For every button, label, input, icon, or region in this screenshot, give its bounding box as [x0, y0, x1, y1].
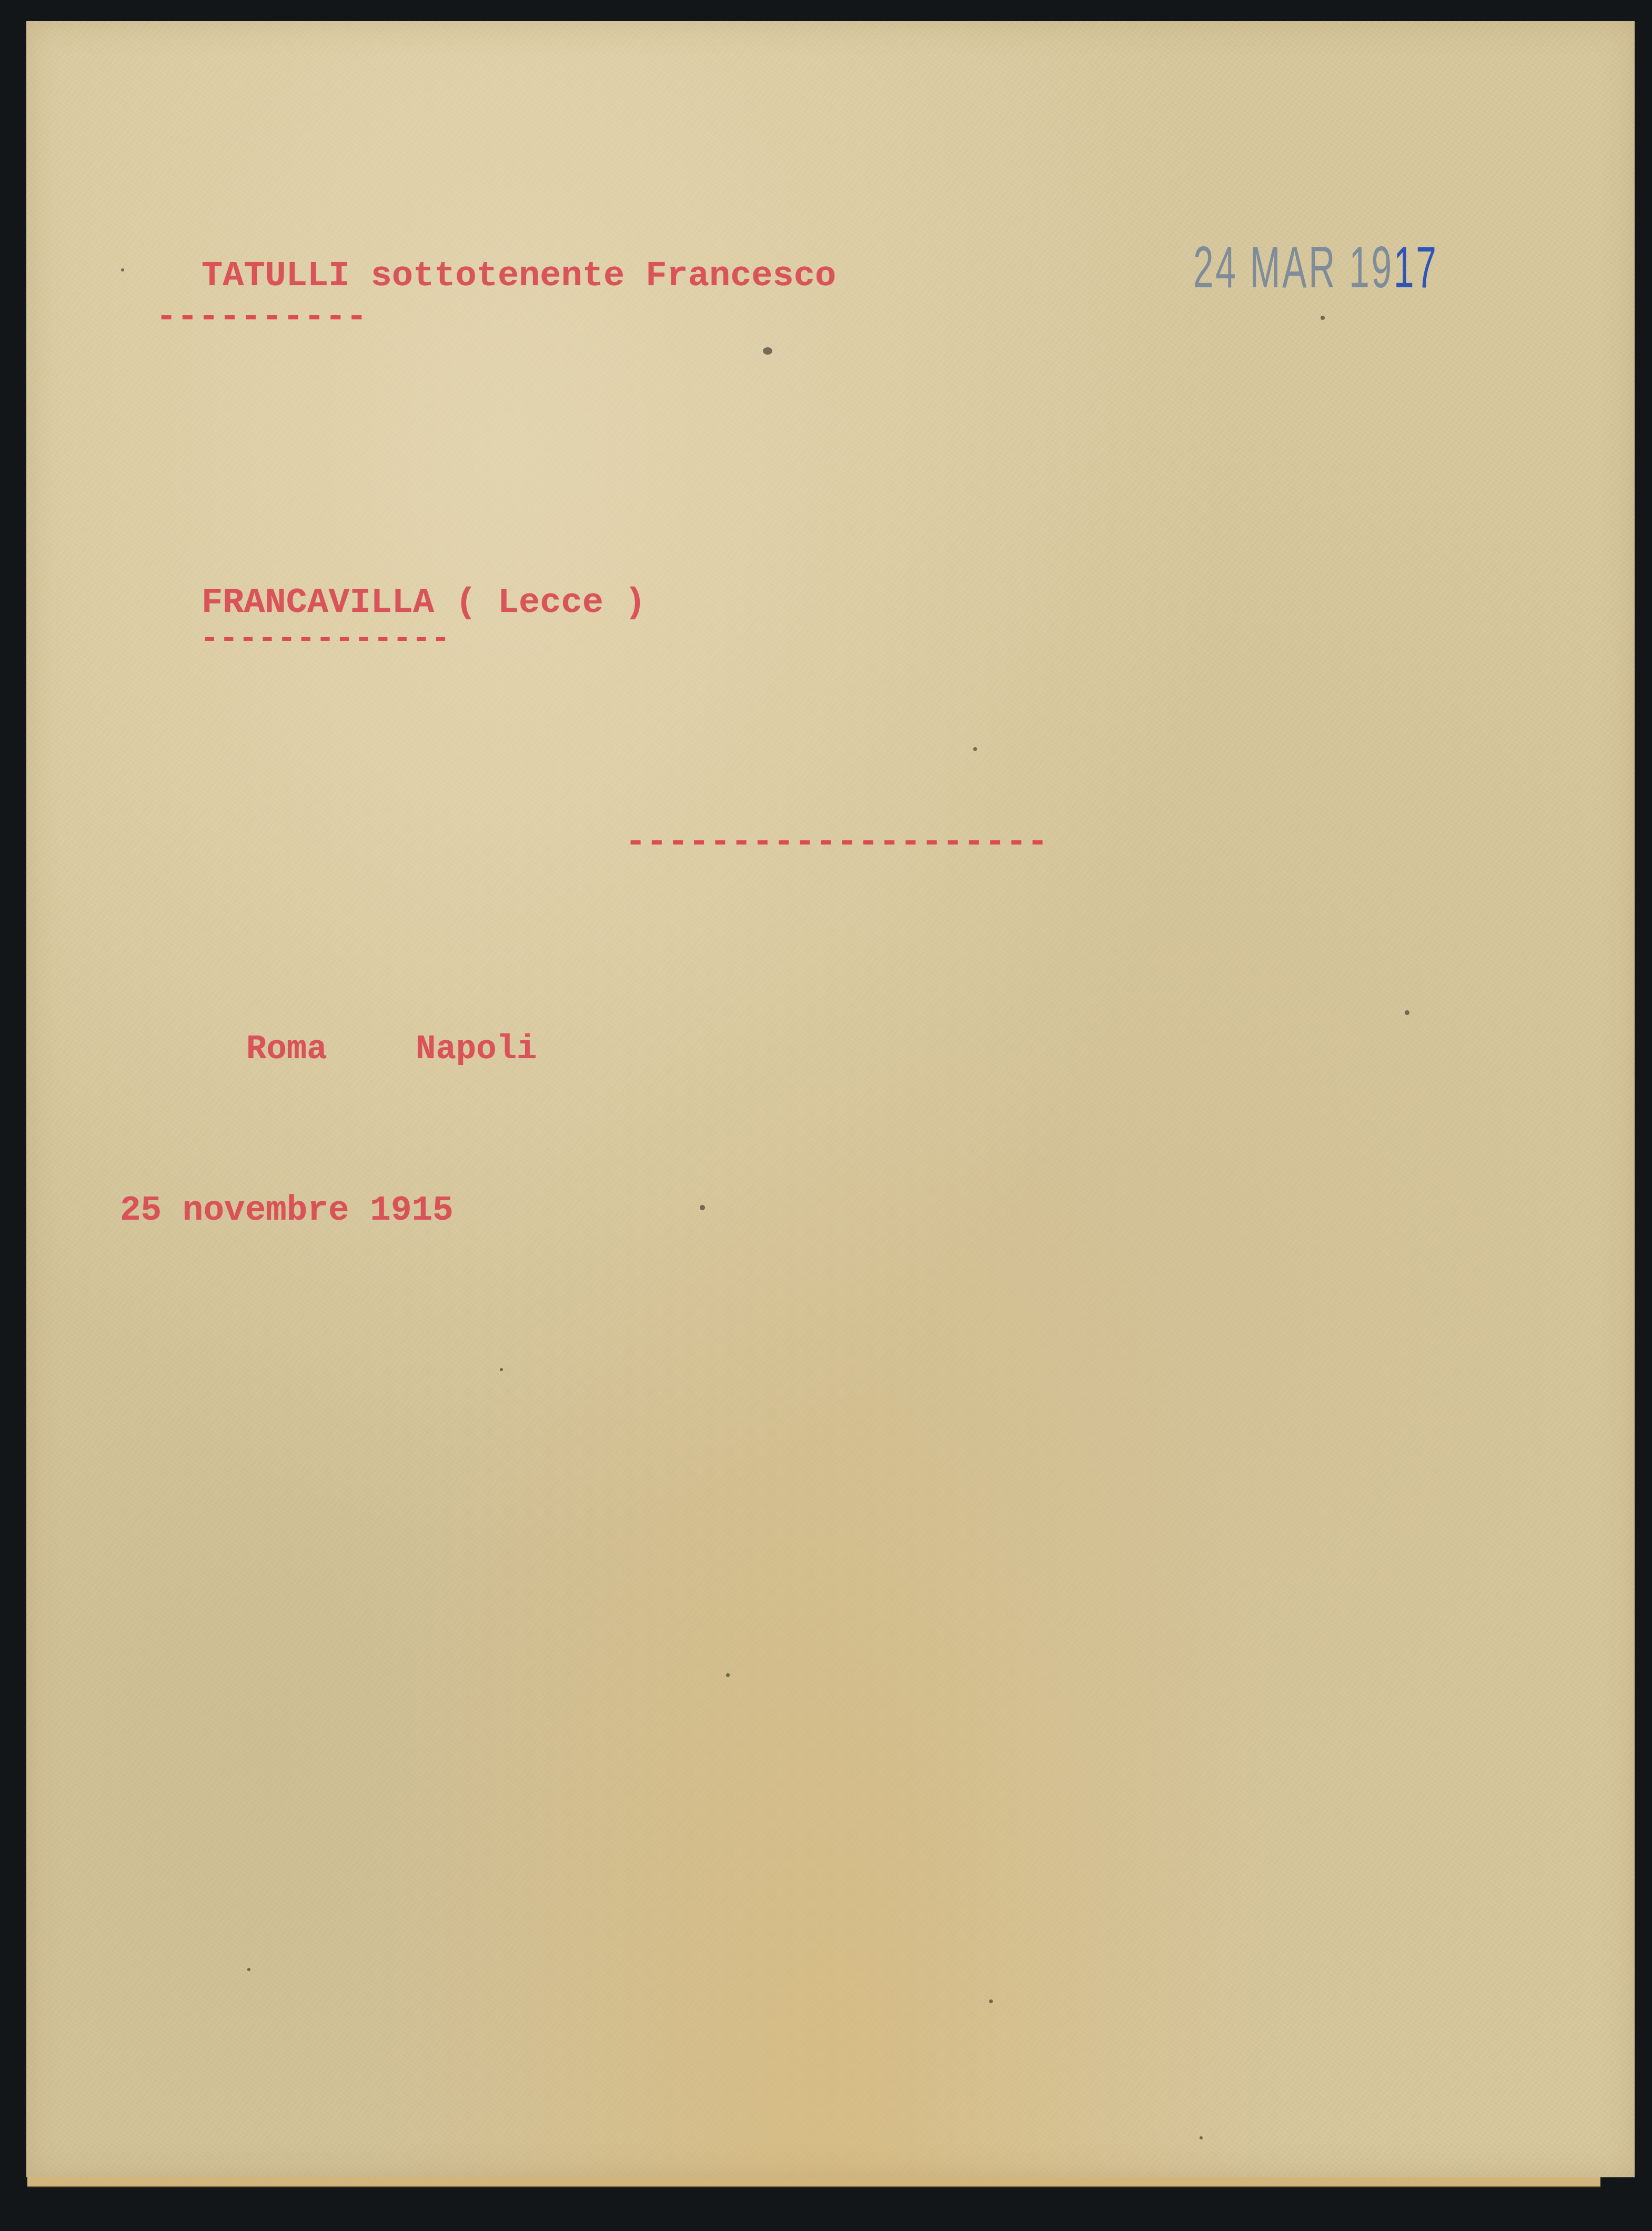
paper-speck	[973, 747, 977, 751]
paper-speck	[1200, 2136, 1203, 2139]
paper-speck	[1321, 316, 1325, 320]
person-name-line: TATULLI sottotenente Francesco	[202, 259, 836, 294]
paper-speck	[763, 347, 772, 355]
paper-speck	[247, 1968, 250, 1971]
city-napoli: Napoli	[416, 1033, 537, 1067]
section-separator: --------------------	[625, 825, 1048, 860]
paper-speck	[989, 1999, 993, 2003]
stamp-strong-part: 17	[1394, 234, 1438, 300]
document-date: 25 novembre 1915	[120, 1193, 454, 1228]
place-underline: -------------	[200, 623, 450, 655]
city-roma: Roma	[246, 1033, 327, 1067]
paper-speck	[1405, 1010, 1409, 1015]
paper-speck	[700, 1205, 705, 1210]
received-date-stamp: 24 MAR 1917	[1169, 179, 1438, 297]
document-page	[26, 21, 1635, 2177]
stamp-faded-part: 24 MAR 19	[1193, 234, 1394, 300]
paper-speck	[500, 1368, 503, 1371]
paper-speck	[726, 1673, 730, 1677]
name-underline: ----------	[156, 300, 367, 335]
paper-speck	[121, 268, 124, 272]
place-line: FRANCAVILLA ( Lecce )	[202, 586, 646, 621]
